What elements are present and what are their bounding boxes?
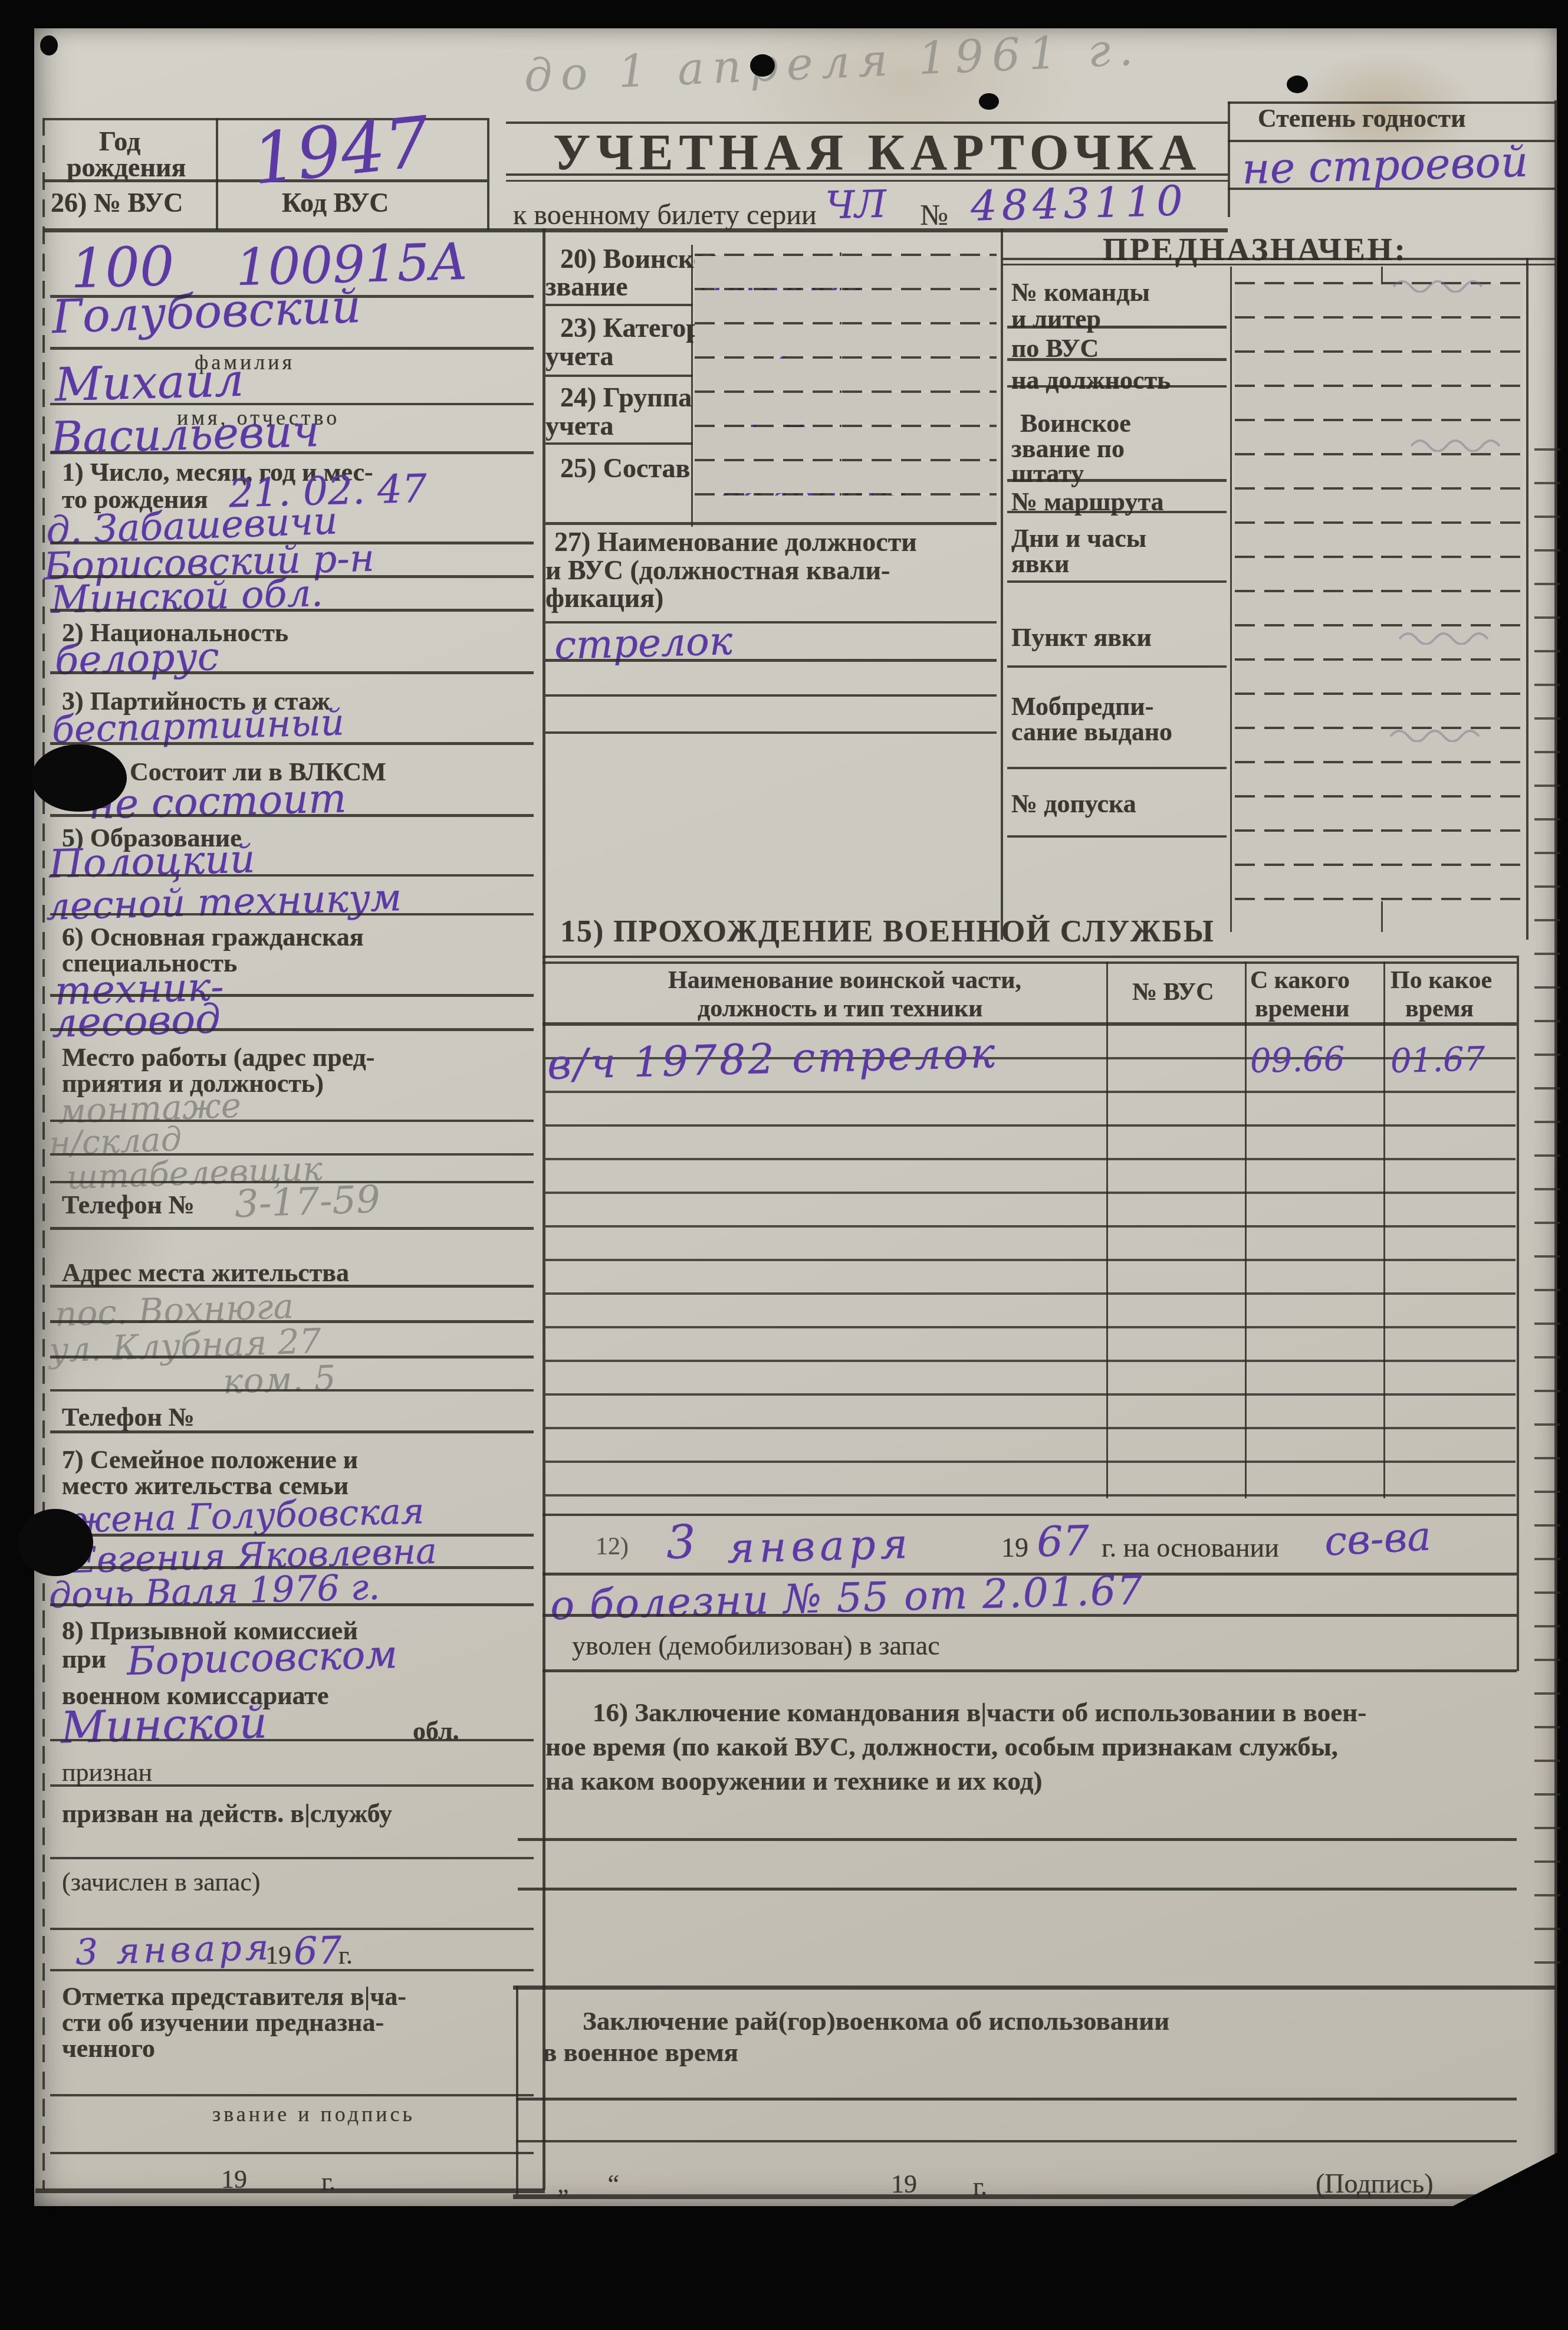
commission-label: при (62, 1646, 106, 1673)
recognized-label: признан (62, 1759, 152, 1786)
rule (1007, 385, 1227, 388)
rule (50, 1389, 534, 1392)
address-label: Адрес места жительства (62, 1259, 349, 1287)
rule (50, 1534, 534, 1537)
position-label: фикация) (545, 584, 663, 612)
specialty-label: 6) Основная гражданская (62, 924, 364, 951)
category-label: учета (545, 342, 614, 370)
rule (545, 659, 997, 662)
hole-punch (40, 35, 58, 55)
rule (545, 375, 693, 377)
assignment-row-label: Дни и часы (1011, 525, 1146, 552)
position-label: и ВУС (должностная квали- (545, 556, 890, 585)
reserve-year-suffix: г. (338, 1942, 353, 1969)
rule (50, 742, 534, 745)
rule (545, 694, 997, 697)
assignment-row-label: № допуска (1011, 790, 1136, 818)
service-row-to: 01.67 (1390, 1043, 1485, 1078)
discharge-year-prefix: 19 (1001, 1534, 1028, 1562)
fitness-value: не строевой (1241, 140, 1528, 191)
top-pencil-note: до 1 апреля 1961 г. (523, 27, 1142, 99)
rule (50, 451, 534, 454)
rule (545, 442, 693, 445)
rule (50, 671, 534, 674)
phone-label: Телефон № (62, 1192, 195, 1219)
vrule (1001, 228, 1003, 940)
rule (516, 2098, 1517, 2101)
service-col-unit: Наименование воинской части, (668, 967, 1021, 993)
rule (516, 2140, 1517, 2142)
vrule (691, 245, 693, 527)
group-label: учета (545, 412, 614, 440)
rule (50, 575, 534, 578)
rule (35, 2188, 545, 2193)
rule (50, 1969, 534, 1971)
card-title: УЧЕТНАЯ КАРТОЧКА (553, 126, 1202, 179)
rule (50, 1227, 534, 1230)
vrule (1228, 101, 1230, 217)
family-label: 7) Семейное положение и (62, 1446, 358, 1474)
discharge-month: января (727, 1523, 913, 1569)
hole-punch (750, 54, 775, 77)
address-value-3: ком. 5 (222, 1361, 336, 1399)
rule (50, 1285, 534, 1288)
birth-year-value: 1947 (249, 107, 433, 195)
assignment-value-dashes (1235, 282, 1523, 901)
rule (545, 304, 693, 306)
rule (50, 542, 534, 544)
rule (50, 1181, 534, 1183)
reserve-label: (зачислен в запас) (62, 1869, 260, 1896)
rule (50, 1928, 534, 1930)
phone-value: 3-17-59 (234, 1181, 381, 1224)
rule (50, 1784, 534, 1787)
rule (50, 2152, 534, 2154)
rule (543, 961, 1517, 964)
rule (50, 1603, 534, 1606)
rule (1002, 258, 1556, 260)
reserve-date-value: 3 января (75, 1930, 272, 1971)
group-label: 24) Группа (560, 383, 692, 412)
discharge-year: 67 (1036, 1520, 1090, 1563)
vrule (216, 118, 218, 230)
rule (1007, 580, 1227, 583)
card-subtitle: к военному билету серии (513, 201, 817, 230)
surname-value: Голубовский (51, 284, 362, 340)
sign-caption: звание и подпись (212, 2103, 415, 2126)
rule (1007, 479, 1227, 482)
family-value-1: жена Голубовская (70, 1494, 425, 1538)
rule (513, 1986, 1556, 1990)
rule (543, 1614, 1517, 1617)
komsomol-value: не состоит (88, 779, 347, 825)
vrule (42, 118, 45, 2190)
discharge-basis-1: св-ва (1323, 1517, 1432, 1562)
rule (50, 1356, 534, 1358)
rule (50, 814, 534, 817)
rule (50, 1320, 534, 1323)
pencil-squiggle (1408, 434, 1520, 452)
hole-punch (31, 744, 127, 812)
vrule (1517, 956, 1519, 1671)
pencil-squiggle (1396, 627, 1508, 645)
rule (518, 1838, 1517, 1841)
vus-code-label: Код ВУС (282, 189, 389, 217)
phone2-label: Телефон № (62, 1404, 195, 1431)
service-row-unit: в/ч 19782 стрелок (547, 1032, 998, 1085)
discharge-date: 3 (666, 1519, 696, 1566)
rule (50, 1028, 534, 1031)
assignment-row-label: Пункт явки (1011, 624, 1152, 651)
assignment-row-label: сание выдано (1011, 718, 1172, 746)
position-label: 27) Наименование должности (554, 528, 917, 556)
number-sign: № (920, 199, 948, 231)
scanned-card: до 1 апреля 1961 г. Год рождения 1947 26… (0, 0, 1568, 2330)
assignment-title: ПРЕДНАЗНАЧЕН: (1103, 233, 1408, 267)
rule (1007, 358, 1227, 361)
hole-punch (979, 93, 999, 110)
discharge-released-label: уволен (демобилизован) в запас (572, 1632, 940, 1660)
final-line: в военное время (543, 2039, 738, 2066)
pencil-squiggle (1391, 275, 1503, 293)
series-value: ЧЛ (825, 186, 887, 225)
rule (50, 403, 534, 405)
assignment-row-label: штату (1011, 460, 1084, 487)
rule (1007, 767, 1227, 769)
fitness-label: Степень годности (1258, 105, 1466, 132)
rule (543, 1669, 1517, 1672)
discharge-item-label: 12) (596, 1534, 629, 1560)
assignment-row-label: Мобпредпи- (1011, 693, 1153, 720)
corner-cut (1449, 2152, 1559, 2208)
edge-dashes (1534, 448, 1560, 1964)
rule (50, 874, 534, 877)
rule (50, 913, 534, 915)
rule (50, 1857, 534, 1859)
rule (50, 994, 534, 997)
assignment-row-label: и литер (1011, 306, 1101, 333)
rule (50, 295, 534, 298)
rule (545, 522, 997, 525)
service-col-from: времени (1255, 996, 1349, 1022)
assignment-row-label: на должность (1011, 367, 1171, 394)
rule (50, 1430, 534, 1433)
rule (1007, 835, 1227, 838)
commission-value-2: Минской (60, 1701, 268, 1750)
education-value-1: Полоцкий (48, 839, 255, 884)
rule (50, 609, 534, 612)
work-label: Место работы (адрес пред- (62, 1044, 375, 1071)
rule (50, 1153, 534, 1156)
vrule (516, 1986, 518, 2194)
rule (1007, 665, 1227, 668)
assignment-row-label: явки (1011, 550, 1069, 577)
discharge-basis-label: г. на основании (1102, 1534, 1279, 1562)
service-title: 15) ПРОХОЖДЕНИЕ ВОЕННОЙ СЛУЖБЫ (560, 916, 1215, 949)
conclusion16-line: ное время (по какой ВУС, должности, особ… (545, 1733, 1338, 1761)
rule (543, 956, 1517, 958)
commission-value-1: Борисовском (126, 1635, 398, 1681)
vrule (487, 118, 489, 230)
rule (1002, 264, 1556, 265)
conclusion16-line: на каком вооружении и технике и их код) (545, 1767, 1043, 1795)
rule (545, 621, 997, 623)
rule (50, 347, 534, 350)
birth-year-label: рождения (67, 153, 186, 182)
vrule (1526, 258, 1528, 940)
rule (1007, 326, 1227, 329)
rank-label: звание (545, 273, 628, 301)
service-row-lines (545, 1026, 1516, 1498)
discharge-basis-2: о болезни № 55 от 2.01.67 (550, 1571, 1144, 1626)
service-col-unit: должность и тип техники (698, 996, 982, 1022)
rule (50, 1566, 534, 1569)
rule (513, 2194, 1556, 2199)
note-label: сти об изучении предназна- (62, 2009, 384, 2036)
rule (545, 731, 997, 734)
vus-number-label: 26) № ВУС (51, 189, 183, 217)
hole-punch (1287, 76, 1308, 93)
note-label: ченного (62, 2035, 155, 2062)
family-value-3: дочь Валя 1976 г. (48, 1570, 380, 1614)
service-col-from: С какого (1250, 967, 1350, 993)
reserve-year-prefix: 19 (265, 1942, 291, 1969)
value-dashes (695, 254, 997, 527)
service-col-vus: № ВУС (1132, 979, 1214, 1005)
education-value-2: лесной техникум (45, 879, 402, 926)
vrule (1230, 267, 1232, 932)
pencil-squiggle (1388, 724, 1500, 742)
rule (1007, 511, 1227, 513)
hole-punch (18, 1509, 93, 1576)
specialty-value-2: лесовод (51, 999, 221, 1043)
service-col-to: По какое (1391, 967, 1492, 993)
assignment-row-label: № команды (1011, 279, 1150, 306)
rule (50, 1739, 534, 1741)
conclusion16-line: 16) Заключение командования в|части об и… (593, 1699, 1366, 1727)
rule (518, 1888, 1517, 1891)
rule (50, 2094, 534, 2096)
staff-label: 25) Состав (560, 454, 690, 483)
final-line: Заключение рай(гор)военкома об использов… (583, 2007, 1169, 2035)
note-label: Отметка представителя в|ча- (62, 1983, 406, 2010)
drafted-label: призван на действ. в|службу (62, 1800, 392, 1827)
name-value: Михаил (54, 357, 244, 408)
assignment-row-label: Воинское (1020, 410, 1131, 437)
card-paper: до 1 апреля 1961 г. Год рождения 1947 26… (34, 28, 1557, 2206)
service-row-from: 09.66 (1250, 1043, 1345, 1078)
rule (50, 1120, 534, 1122)
reserve-year-value: 67 (293, 1932, 342, 1971)
number-value: 4843110 (970, 180, 1188, 227)
birth-place-3: Минской обл. (50, 575, 323, 619)
service-col-to: время (1405, 996, 1474, 1022)
